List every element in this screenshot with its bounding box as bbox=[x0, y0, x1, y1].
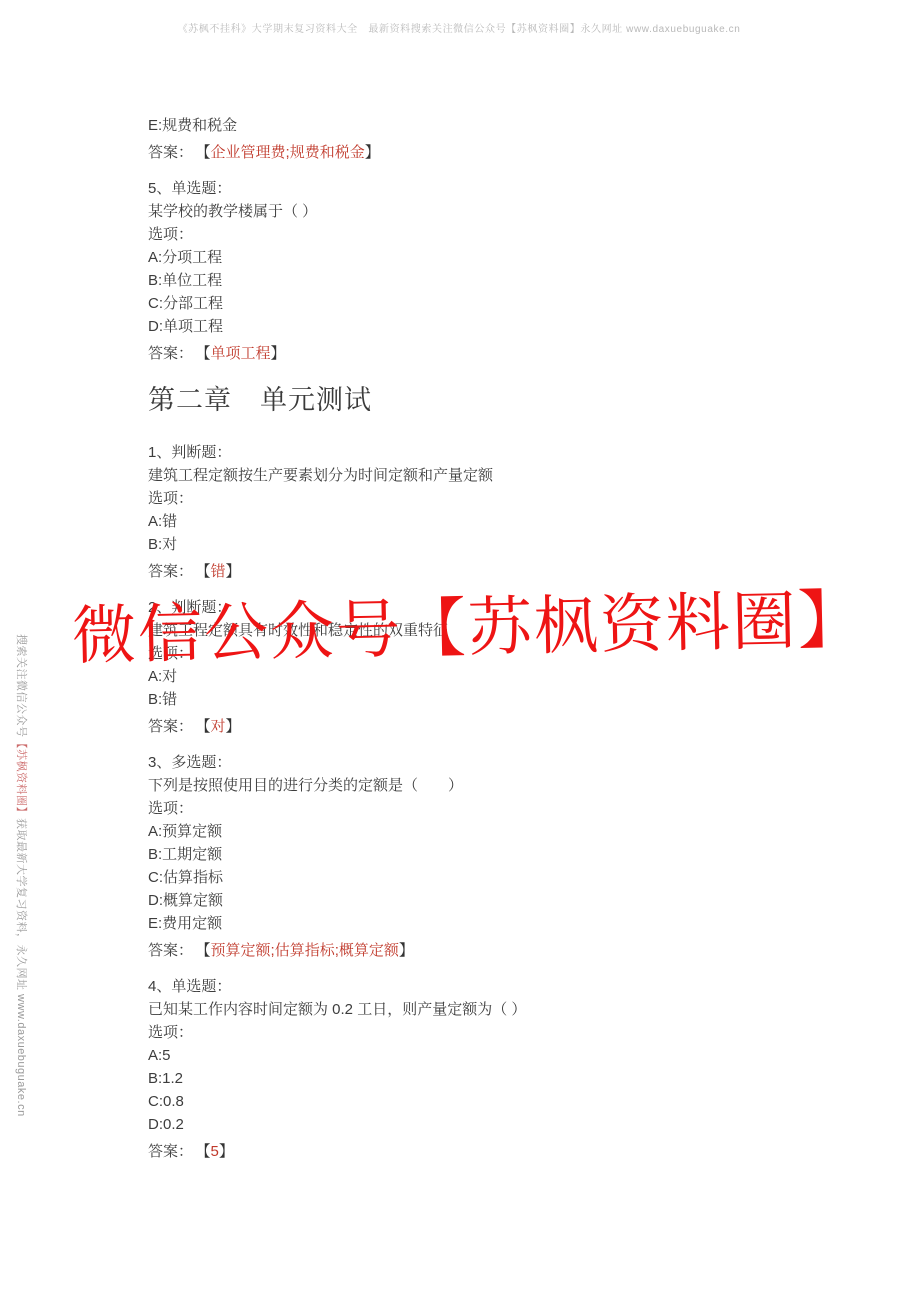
question-title: 4、单选题： bbox=[148, 975, 808, 998]
option-line: A:5 bbox=[148, 1044, 808, 1067]
option-line: A:分项工程 bbox=[148, 246, 808, 269]
answer-value: 对 bbox=[211, 718, 226, 735]
answer-line: 答案：【对】 bbox=[148, 715, 808, 738]
option-line: E:费用定额 bbox=[148, 912, 808, 935]
answer-label: 答案： bbox=[148, 345, 193, 362]
options-label: 选项： bbox=[148, 797, 808, 820]
question-title: 5、单选题： bbox=[148, 177, 808, 200]
answer-bracket-close: 】 bbox=[365, 144, 380, 161]
question-stem: 下列是按照使用目的进行分类的定额是（ ） bbox=[148, 774, 808, 797]
answer-bracket-close: 】 bbox=[226, 563, 241, 580]
question-title: 2、判断题： bbox=[148, 596, 808, 619]
option-line: E:规费和税金 bbox=[148, 114, 808, 137]
option-line: B:对 bbox=[148, 533, 808, 556]
answer-value-group: 【预算定额;估算指标;概算定额】 bbox=[203, 942, 414, 959]
answer-label: 答案： bbox=[148, 942, 193, 959]
answer-value-group: 【错】 bbox=[203, 563, 241, 580]
options-label: 选项： bbox=[148, 1021, 808, 1044]
question-block-prev-tail: E:规费和税金 答案：【企业管理费;规费和税金】 bbox=[148, 114, 808, 164]
answer-line: 答案：【5】 bbox=[148, 1140, 808, 1163]
option-line: D:单项工程 bbox=[148, 315, 808, 338]
answer-bracket-close: 】 bbox=[271, 345, 286, 362]
option-line: B:工期定额 bbox=[148, 843, 808, 866]
answer-value: 企业管理费;规费和税金 bbox=[211, 144, 365, 161]
options-label: 选项： bbox=[148, 223, 808, 246]
sidebar-note-suffix: 获取最新大学复习资料，永久网址 www.daxuebuguake.cn bbox=[15, 818, 27, 1117]
answer-label: 答案： bbox=[148, 144, 193, 161]
sidebar-note-highlight: 【苏枫资料圈】 bbox=[15, 738, 27, 819]
question-block-3: 3、多选题： 下列是按照使用目的进行分类的定额是（ ） 选项： A:预算定额 B… bbox=[148, 751, 808, 962]
answer-bracket-open: 【 bbox=[203, 942, 211, 959]
sidebar-note-prefix: 搜索关注微信公众号 bbox=[15, 634, 27, 738]
answer-label: 答案： bbox=[148, 718, 193, 735]
sidebar-note: 搜索关注微信公众号【苏枫资料圈】获取最新大学复习资料，永久网址 www.daxu… bbox=[14, 634, 30, 1117]
answer-line: 答案：【企业管理费;规费和税金】 bbox=[148, 141, 808, 164]
answer-value: 5 bbox=[211, 1143, 219, 1160]
question-block-1: 1、判断题： 建筑工程定额按生产要素划分为时间定额和产量定额 选项： A:错 B… bbox=[148, 441, 808, 583]
question-stem: 已知某工作内容时间定额为 0.2 工日，则产量定额为（ ） bbox=[148, 998, 808, 1021]
question-block-4: 4、单选题： 已知某工作内容时间定额为 0.2 工日，则产量定额为（ ） 选项：… bbox=[148, 975, 808, 1163]
answer-value-group: 【对】 bbox=[203, 718, 241, 735]
answer-value-group: 【单项工程】 bbox=[203, 345, 286, 362]
answer-bracket-close: 】 bbox=[219, 1143, 234, 1160]
question-title: 1、判断题： bbox=[148, 441, 808, 464]
option-line: D:概算定额 bbox=[148, 889, 808, 912]
answer-line: 答案：【预算定额;估算指标;概算定额】 bbox=[148, 939, 808, 962]
option-line: C:估算指标 bbox=[148, 866, 808, 889]
question-stem: 某学校的教学楼属于（ ） bbox=[148, 200, 808, 223]
answer-bracket-close: 】 bbox=[399, 942, 414, 959]
answer-label: 答案： bbox=[148, 563, 193, 580]
option-line: B:错 bbox=[148, 688, 808, 711]
option-line: C:0.8 bbox=[148, 1090, 808, 1113]
document-body: E:规费和税金 答案：【企业管理费;规费和税金】 5、单选题： 某学校的教学楼属… bbox=[148, 114, 808, 1163]
page-header-note: 《苏枫不挂科》大学期末复习资料大全 最新资料搜索关注微信公众号【苏枫资料圈】永久… bbox=[0, 20, 918, 35]
answer-bracket-open: 【 bbox=[203, 144, 211, 161]
question-stem: 建筑工程定额按生产要素划分为时间定额和产量定额 bbox=[148, 464, 808, 487]
option-line: A:预算定额 bbox=[148, 820, 808, 843]
answer-bracket-open: 【 bbox=[203, 718, 211, 735]
answer-bracket-open: 【 bbox=[203, 1143, 211, 1160]
option-line: C:分部工程 bbox=[148, 292, 808, 315]
options-label: 选项： bbox=[148, 642, 808, 665]
answer-bracket-open: 【 bbox=[203, 563, 211, 580]
answer-value: 单项工程 bbox=[211, 345, 271, 362]
option-line: D:0.2 bbox=[148, 1113, 808, 1136]
question-stem: 建筑工程定额具有时效性和稳定性的双重特征 bbox=[148, 619, 808, 642]
question-block-5: 5、单选题： 某学校的教学楼属于（ ） 选项： A:分项工程 B:单位工程 C:… bbox=[148, 177, 808, 365]
answer-bracket-close: 】 bbox=[226, 718, 241, 735]
answer-label: 答案： bbox=[148, 1143, 193, 1160]
answer-value-group: 【5】 bbox=[203, 1143, 234, 1160]
option-line: B:单位工程 bbox=[148, 269, 808, 292]
options-label: 选项： bbox=[148, 487, 808, 510]
answer-value: 预算定额;估算指标;概算定额 bbox=[211, 942, 399, 959]
option-line: B:1.2 bbox=[148, 1067, 808, 1090]
chapter-heading: 第二章 单元测试 bbox=[148, 383, 808, 419]
question-block-2: 2、判断题： 建筑工程定额具有时效性和稳定性的双重特征 选项： A:对 B:错 … bbox=[148, 596, 808, 738]
answer-value: 错 bbox=[211, 563, 226, 580]
answer-value-group: 【企业管理费;规费和税金】 bbox=[203, 144, 380, 161]
answer-bracket-open: 【 bbox=[203, 345, 211, 362]
answer-line: 答案：【单项工程】 bbox=[148, 342, 808, 365]
question-title: 3、多选题： bbox=[148, 751, 808, 774]
option-line: A:错 bbox=[148, 510, 808, 533]
answer-line: 答案：【错】 bbox=[148, 560, 808, 583]
option-line: A:对 bbox=[148, 665, 808, 688]
